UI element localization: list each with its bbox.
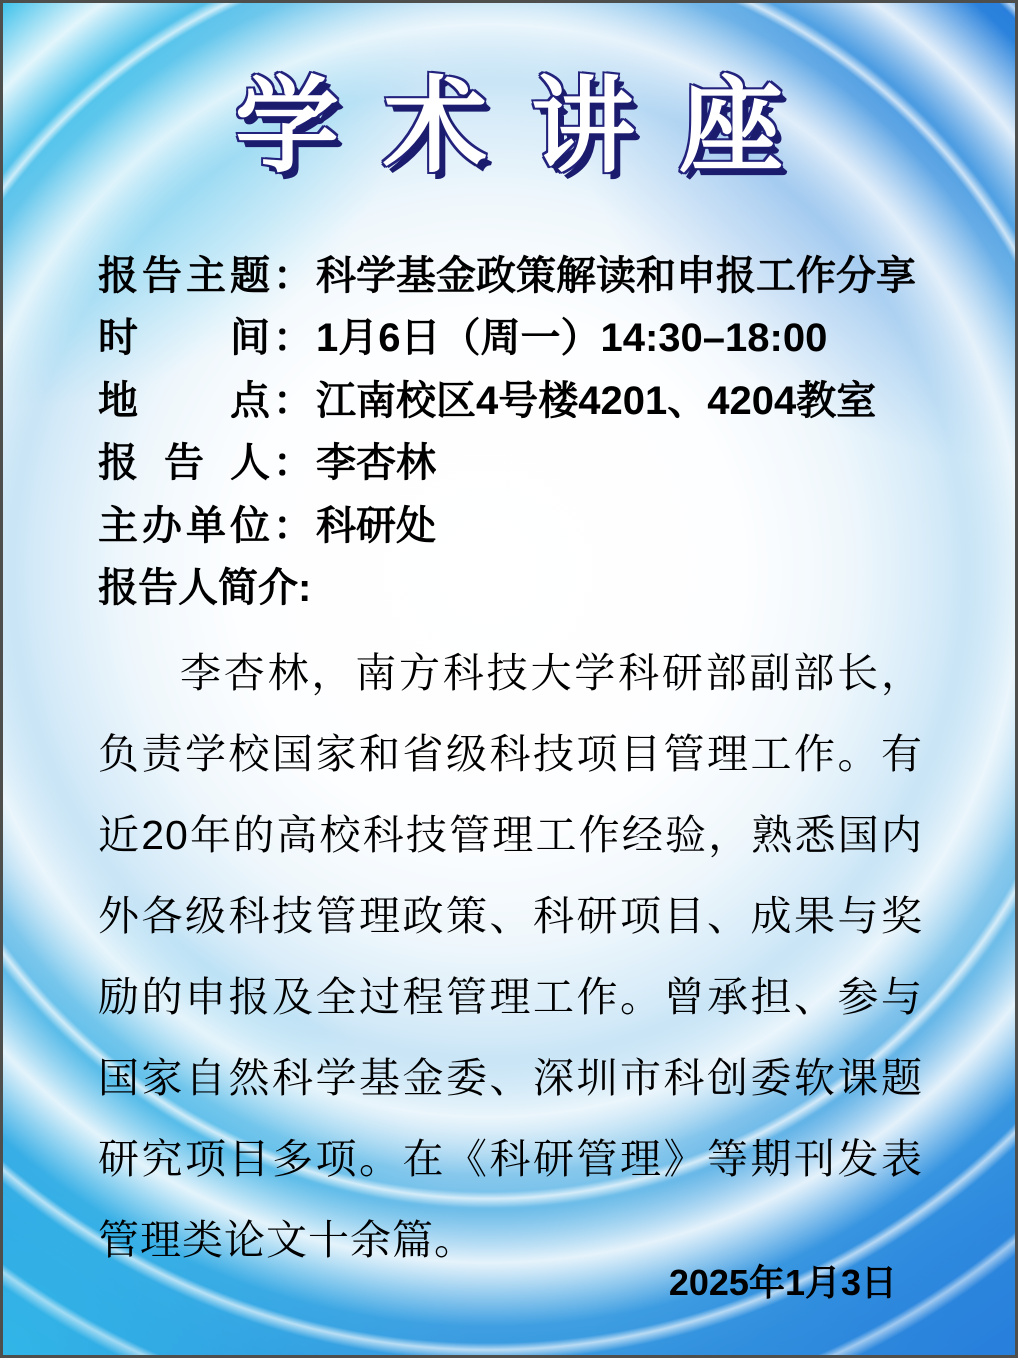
info-row-speaker: 报告人 ： 李杏林 — [98, 429, 955, 492]
info-label-time: 时间 — [98, 306, 270, 363]
info-row-location: 地点 ： 江南校区4号楼4201、4204教室 — [98, 366, 955, 429]
lecture-info-list: 报告主题 ： 科学基金政策解读和申报工作分享 时间 ： 1月6日（周一）14:3… — [98, 241, 955, 554]
info-colon: ： — [270, 369, 316, 426]
info-label-speaker: 报告人 — [98, 431, 270, 488]
info-colon: ： — [270, 494, 316, 551]
info-colon: ： — [270, 431, 316, 488]
info-value-location: 江南校区4号楼4201、4204教室 — [316, 369, 955, 426]
page-title: 学术讲座 — [191, 69, 827, 183]
info-row-organizer: 主办单位 ： 科研处 — [98, 491, 955, 554]
poster-header: 学术讲座 — [3, 69, 1015, 183]
info-row-time: 时间 ： 1月6日（周一）14:30–18:00 — [98, 304, 955, 367]
speaker-bio-paragraph: 李杏林，南方科技大学科研部副部长，负责学校国家和省级科技项目管理工作。有近20年… — [98, 633, 923, 1281]
info-value-speaker: 李杏林 — [316, 431, 955, 488]
info-value-time: 1月6日（周一）14:30–18:00 — [316, 306, 955, 363]
info-value-topic: 科学基金政策解读和申报工作分享 — [316, 244, 955, 301]
info-label-organizer: 主办单位 — [98, 494, 270, 551]
lecture-poster: 学术讲座 报告主题 ： 科学基金政策解读和申报工作分享 时间 ： 1月6日（周一… — [0, 0, 1018, 1358]
info-colon: ： — [270, 244, 316, 301]
info-colon: ： — [270, 306, 316, 363]
info-row-topic: 报告主题 ： 科学基金政策解读和申报工作分享 — [98, 241, 955, 304]
speaker-bio-heading: 报告人简介: — [98, 556, 311, 613]
info-label-location: 地点 — [98, 369, 270, 426]
info-label-topic: 报告主题 — [98, 244, 270, 301]
info-value-organizer: 科研处 — [316, 494, 955, 551]
poster-date: 2025年1月3日 — [3, 1255, 897, 1306]
